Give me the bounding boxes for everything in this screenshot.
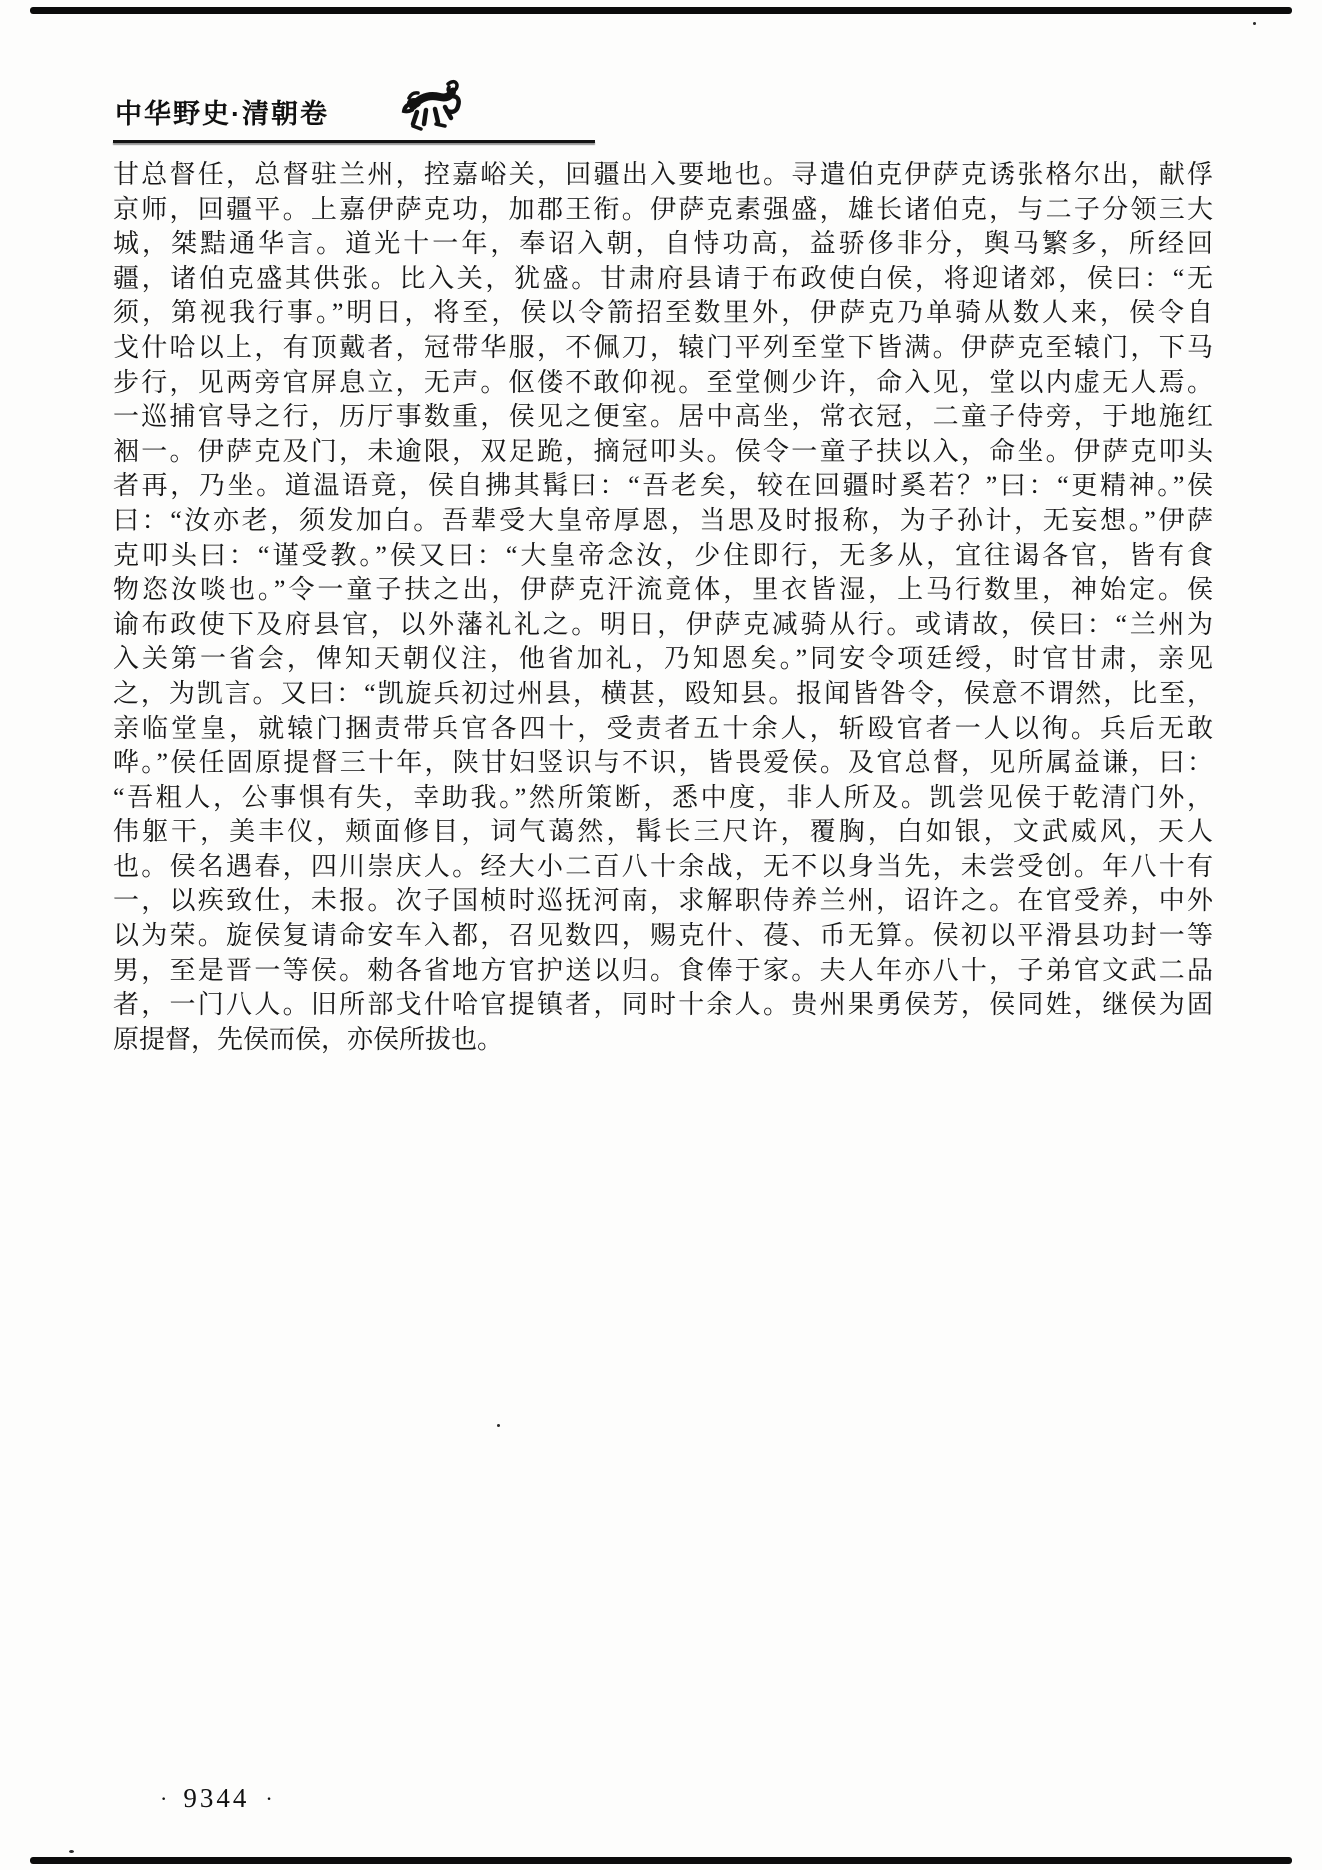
text-line: 也。侯名遇春，四川崇庆人。经大小二百八十余战，无不以身当先，未尝受创。年八十有 (113, 850, 1213, 885)
scan-edge-shadow-bottom (30, 1857, 1292, 1864)
footer-right-bullet: · (265, 1785, 272, 1812)
book-page: 中华野史·清朝卷 甘总督任，总督驻兰州，控嘉峪关，回疆出入要地也。寻遣伯克伊萨克… (0, 0, 1322, 1870)
text-line: 男，至是晋一等侯。勑各省地方官护送以归。食俸于家。夫人年亦八十，子弟官文武二品 (113, 954, 1213, 989)
body-text: 甘总督任，总督驻兰州，控嘉峪关，回疆出入要地也。寻遣伯克伊萨克诱张格尔出，献俘京… (113, 158, 1213, 1057)
dragon-seal-icon (401, 76, 463, 140)
text-line: 哗。”侯任固原提督三十年，陕甘妇竖识与不识，皆畏爱侯。及官总督，见所属益谦，曰： (113, 746, 1213, 781)
text-line: 以为荣。旋侯复请命安车入都，召见数四，赐克什、葠、币无算。侯初以平滑县功封一等 (113, 919, 1213, 954)
page-footer: · 9344 · (160, 1783, 273, 1814)
text-line: 者，一门八人。旧所部戈什哈官提镇者，同时十余人。贵州果勇侯芳，侯同姓，继侯为固 (113, 988, 1213, 1023)
text-line: 原提督，先侯而侯，亦侯所拔也。 (113, 1023, 1213, 1058)
text-line: 曰：“汝亦老，须发加白。吾辈受大皇帝厚恩，当思及时报称，为子孙计，无妄想。”伊萨 (113, 504, 1213, 539)
book-title: 中华野史·清朝卷 (115, 92, 329, 131)
scan-speck (497, 1424, 500, 1427)
text-line: 城，桀黠通华言。道光十一年，奉诏入朝，自恃功高，益骄侈非分，舆马繁多，所经回 (113, 227, 1213, 262)
scan-speck (1253, 22, 1256, 25)
text-line: 甘总督任，总督驻兰州，控嘉峪关，回疆出入要地也。寻遣伯克伊萨克诱张格尔出，献俘 (113, 158, 1213, 193)
text-line: 伟躯干，美丰仪，颊面修目，词气蔼然，髯长三尺许，覆胸，白如银，文武威风，天人 (113, 815, 1213, 850)
footer-left-bullet: · (160, 1785, 167, 1812)
page-header: 中华野史·清朝卷 (113, 76, 613, 146)
text-line: 步行，见两旁官屏息立，无声。伛偻不敢仰视。至堂侧少许，命入见，堂以内虚无人焉。 (113, 366, 1213, 401)
text-line: 疆，诸伯克盛其供张。比入关，犹盛。甘肃府县请于布政使白侯，将迎诸郊，侯曰：“无 (113, 262, 1213, 297)
scan-speck (69, 1850, 74, 1853)
header-divider (113, 140, 595, 143)
scan-edge-shadow-top (30, 7, 1292, 14)
text-line: 一，以疾致仕，未报。次子国桢时巡抚河南，求解职侍养兰州，诏许之。在官受养，中外 (113, 884, 1213, 919)
text-line: 入关第一省会，俾知天朝仪注，他省加礼，乃知恩矣。”同安令项廷绶，时官甘肃，亲见 (113, 642, 1213, 677)
text-line: 裀一。伊萨克及门，未逾限，双足跪，摘冠叩头。侯令一童子扶以入，命坐。伊萨克叩头 (113, 435, 1213, 470)
text-line: 京师，回疆平。上嘉伊萨克功，加郡王衔。伊萨克素强盛，雄长诸伯克，与二子分领三大 (113, 193, 1213, 228)
text-line: 者再，乃坐。道温语竟，侯自拂其髯曰：“吾老矣，较在回疆时奚若？”曰：“更精神。”… (113, 469, 1213, 504)
text-line: 戈什哈以上，有顶戴者，冠带华服，不佩刀，辕门平列至堂下皆满。伊萨克至辕门，下马 (113, 331, 1213, 366)
page-number: 9344 (183, 1783, 249, 1814)
text-line: 一巡捕官导之行，历厅事数重，侯见之便室。居中高坐，常衣冠，二童子侍旁，于地施红 (113, 400, 1213, 435)
text-line: “吾粗人，公事惧有失，幸助我。”然所策断，悉中度，非人所及。凯尝见侯于乾清门外， (113, 781, 1213, 816)
text-line: 谕布政使下及府县官，以外藩礼礼之。明日，伊萨克减骑从行。或请故，侯曰：“兰州为 (113, 608, 1213, 643)
text-line: 亲临堂皇，就辕门捆责带兵官各四十，受责者五十余人，斩殴官者一人以徇。兵后无敢 (113, 712, 1213, 747)
text-line: 须，第视我行事。”明日，将至，侯以令箭招至数里外，伊萨克乃单骑从数人来，侯令自 (113, 296, 1213, 331)
text-line: 之，为凯言。又曰：“凯旋兵初过州县，横甚，殴知县。报闻皆咎令，侯意不谓然，比至， (113, 677, 1213, 712)
text-line: 克叩头曰：“谨受教。”侯又曰：“大皇帝念汝，少住即行，无多从，宜往谒各官，皆有食 (113, 539, 1213, 574)
text-line: 物恣汝啖也。”令一童子扶之出，伊萨克汗流竟体，里衣皆湿，上马行数里，神始定。侯 (113, 573, 1213, 608)
